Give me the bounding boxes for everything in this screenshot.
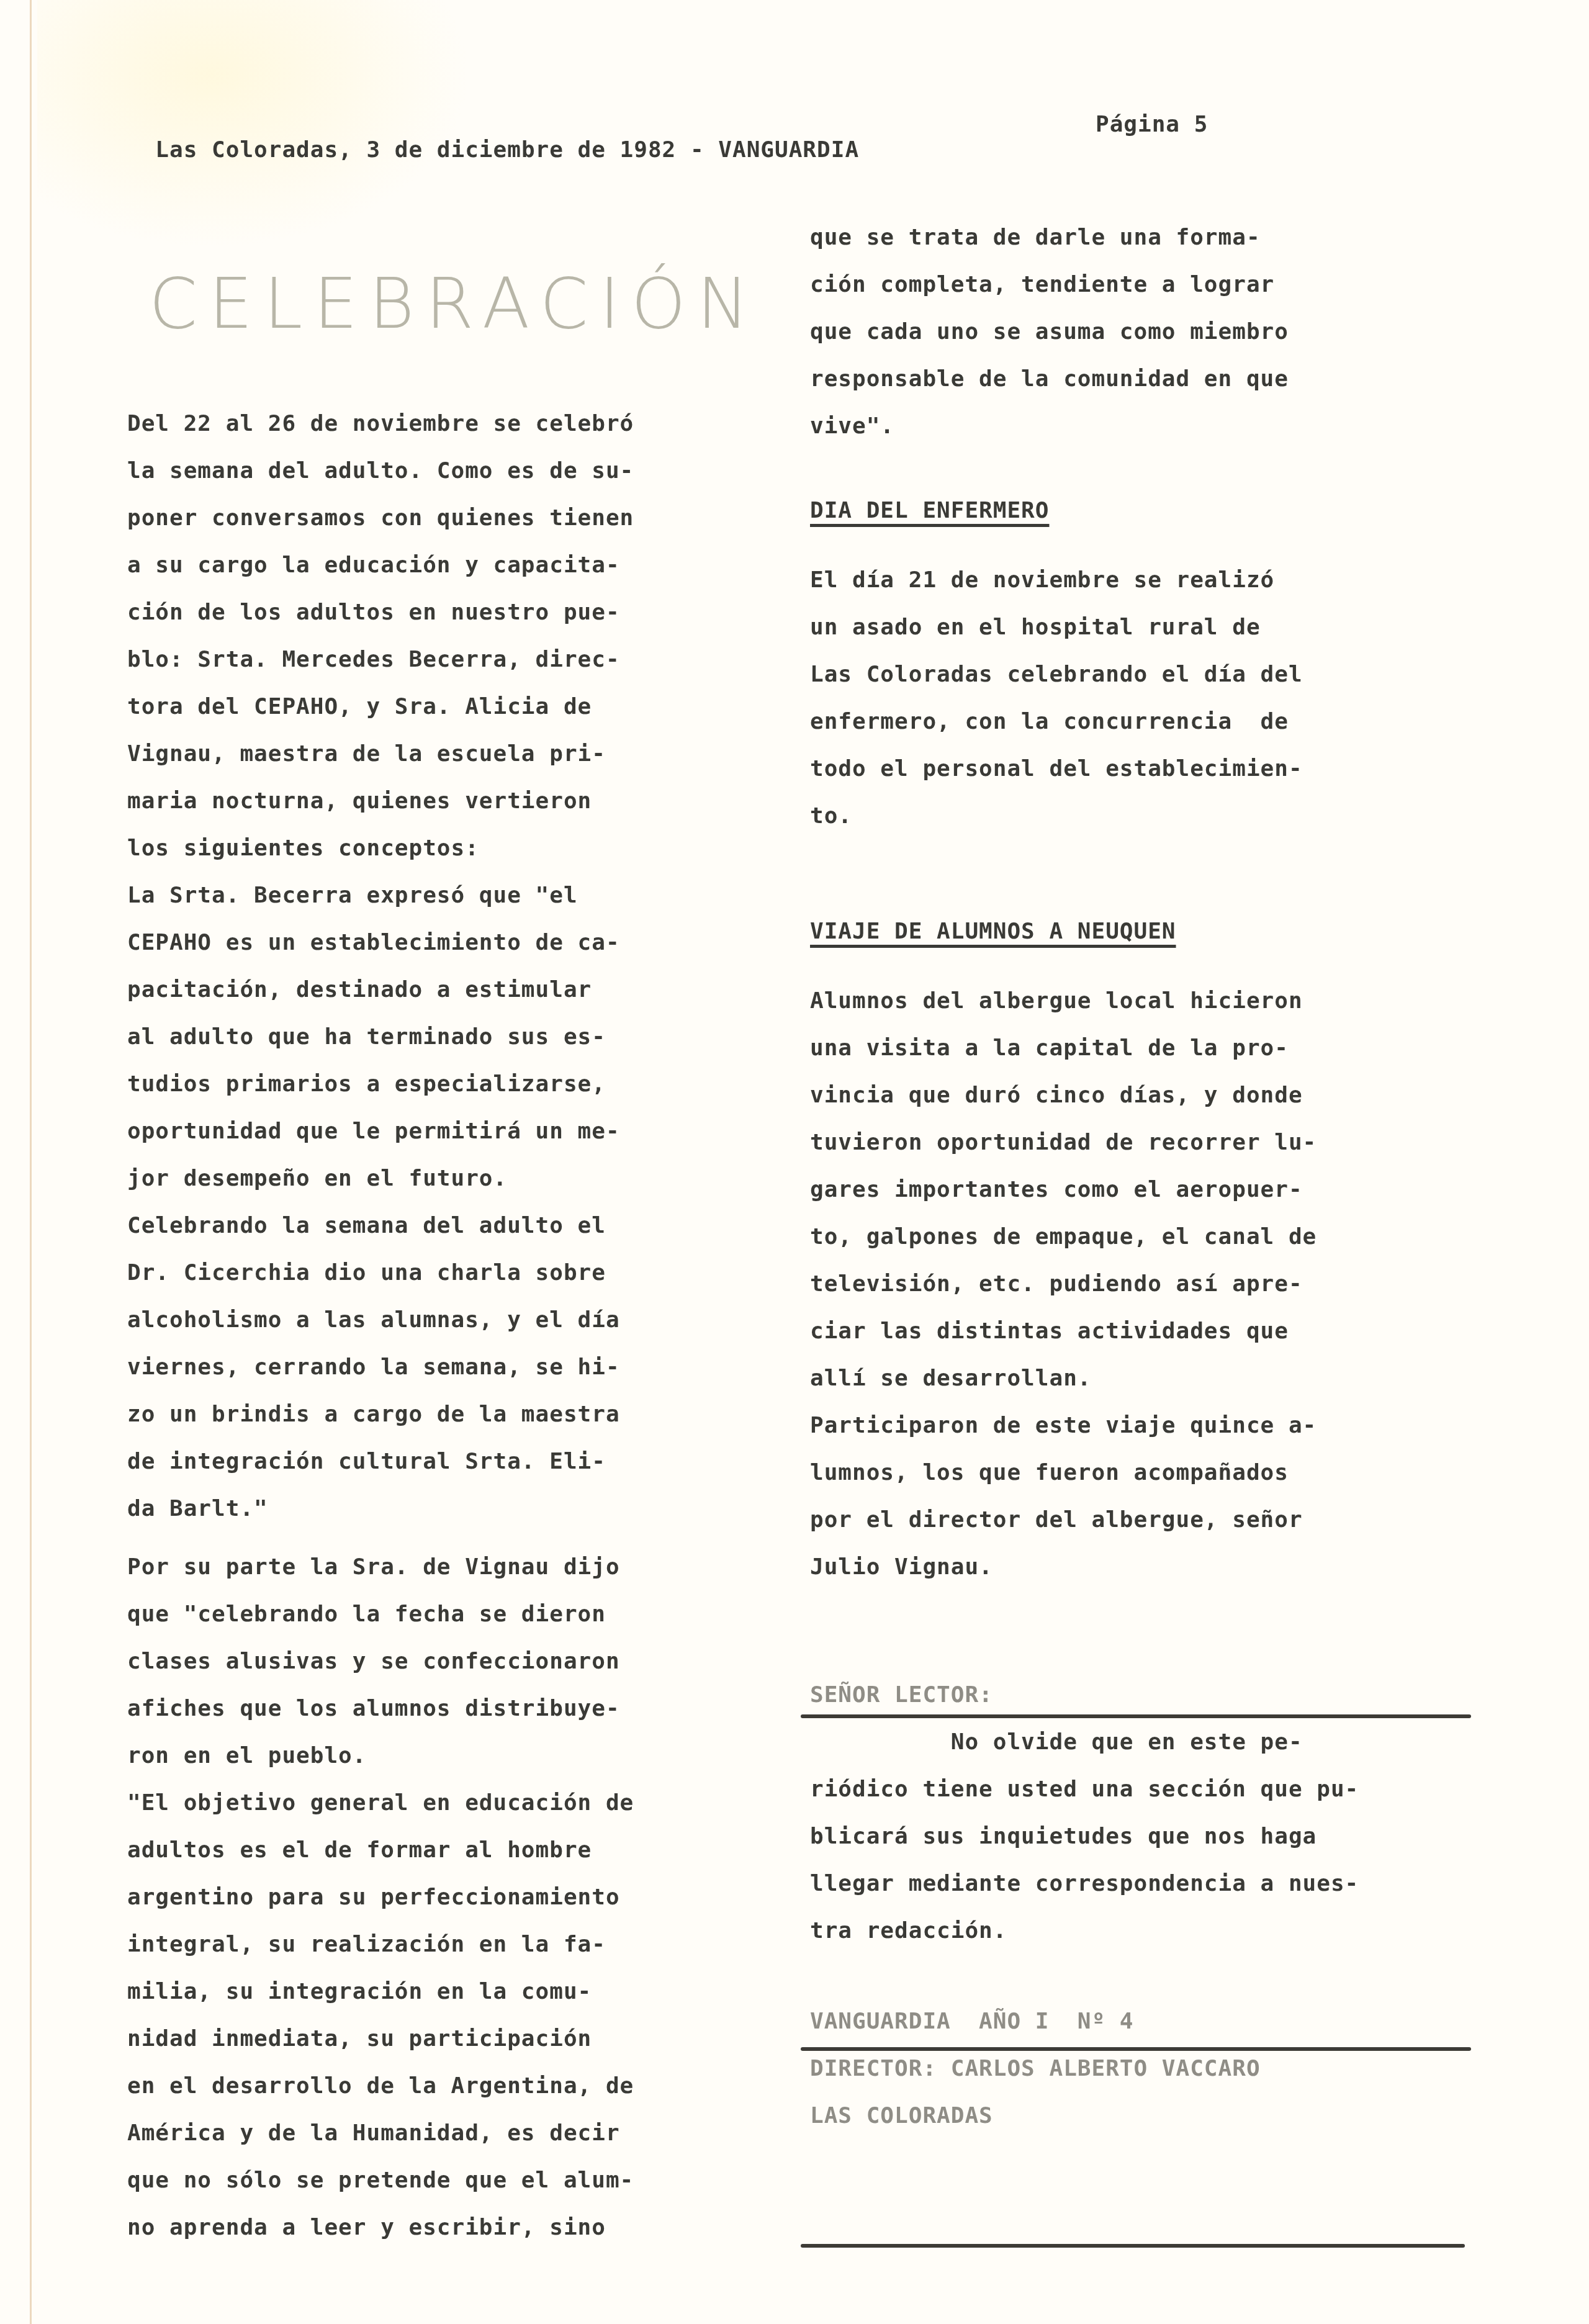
text-line: al adulto que ha terminado sus es- bbox=[127, 1014, 634, 1061]
divider-rule bbox=[801, 2244, 1465, 2248]
text-line: vincia que duró cinco días, y donde bbox=[810, 1072, 1359, 1119]
text-line: Participaron de este viaje quince a- bbox=[810, 1402, 1359, 1449]
text-line: Alumnos del albergue local hicieron bbox=[810, 978, 1359, 1025]
text-line: lumnos, los que fueron acompañados bbox=[810, 1449, 1359, 1497]
spacer bbox=[810, 534, 1359, 557]
page-number: Página 5 bbox=[1096, 112, 1208, 137]
spacer bbox=[810, 450, 1359, 487]
text-line: por el director del albergue, señor bbox=[810, 1497, 1359, 1544]
text-line: vive". bbox=[810, 403, 1359, 450]
text-line: América y de la Humanidad, es decir bbox=[127, 2110, 634, 2157]
text-line: ción completa, tendiente a lograr bbox=[810, 261, 1359, 309]
text-line: riódico tiene usted una sección que pu- bbox=[810, 1766, 1359, 1813]
text-line: no aprenda a leer y escribir, sino bbox=[127, 2204, 634, 2251]
text-line: to. bbox=[810, 793, 1359, 840]
page-header: Las Coloradas, 3 de diciembre de 1982 - … bbox=[127, 112, 859, 188]
text-line: alcoholismo a las alumnas, y el día bbox=[127, 1297, 634, 1344]
text-line: a su cargo la educación y capacita- bbox=[127, 542, 634, 589]
text-line: zo un brindis a cargo de la maestra bbox=[127, 1391, 634, 1438]
text-line: gares importantes como el aeropuer- bbox=[810, 1166, 1359, 1214]
text-line: de integración cultural Srta. Eli- bbox=[127, 1438, 634, 1485]
notice-heading: SEÑOR LECTOR: bbox=[810, 1672, 1359, 1719]
text-line: llegar mediante correspondencia a nues- bbox=[810, 1860, 1359, 1907]
text-line: tudios primarios a especializarse, bbox=[127, 1061, 634, 1108]
text-line: tora del CEPAHO, y Sra. Alicia de bbox=[127, 683, 634, 731]
masthead-line: VANGUARDIA AÑO I Nº 4 bbox=[810, 1998, 1359, 2045]
text-line: El día 21 de noviembre se realizó bbox=[810, 557, 1359, 604]
text-line: que se trata de darle una forma- bbox=[810, 214, 1359, 261]
text-line: una visita a la capital de la pro- bbox=[810, 1025, 1359, 1072]
left-column: Del 22 al 26 de noviembre se celebróla s… bbox=[127, 400, 634, 2251]
text-line: los siguientes conceptos: bbox=[127, 825, 634, 872]
text-line: tuvieron oportunidad de recorrer lu- bbox=[810, 1119, 1359, 1166]
text-line: milia, su integración en la comu- bbox=[127, 1968, 634, 2015]
text-line: adultos es el de formar al hombre bbox=[127, 1827, 634, 1874]
text-line: poner conversamos con quienes tienen bbox=[127, 495, 634, 542]
text-line: pacitación, destinado a estimular bbox=[127, 966, 634, 1014]
text-line: ciar las distintas actividades que bbox=[810, 1308, 1359, 1355]
dateline: Las Coloradas, 3 de diciembre de 1982 - … bbox=[155, 137, 859, 163]
text-line: integral, su realización en la fa- bbox=[127, 1921, 634, 1968]
text-line: que no sólo se pretende que el alum- bbox=[127, 2157, 634, 2204]
headline-celebracion: CELEBRACIÓN bbox=[149, 264, 760, 345]
section-heading: VIAJE DE ALUMNOS A NEUQUEN bbox=[810, 908, 1359, 955]
text-line: Dr. Cicerchia dio una charla sobre bbox=[127, 1250, 634, 1297]
text-line: todo el personal del establecimien- bbox=[810, 745, 1359, 793]
text-line: Vignau, maestra de la escuela pri- bbox=[127, 731, 634, 778]
text-line: blo: Srta. Mercedes Becerra, direc- bbox=[127, 636, 634, 683]
text-line: CEPAHO es un establecimiento de ca- bbox=[127, 919, 634, 966]
text-line: la semana del adulto. Como es de su- bbox=[127, 448, 634, 495]
text-line: Del 22 al 26 de noviembre se celebró bbox=[127, 400, 634, 448]
text-line: ción de los adultos en nuestro pue- bbox=[127, 589, 634, 636]
divider-rule bbox=[801, 2047, 1471, 2051]
spacer bbox=[127, 1533, 634, 1544]
text-line: oportunidad que le permitirá un me- bbox=[127, 1108, 634, 1155]
text-line: afiches que los alumnos distribuye- bbox=[127, 1685, 634, 1732]
section-heading: DIA DEL ENFERMERO bbox=[810, 487, 1359, 534]
text-line: responsable de la comunidad en que bbox=[810, 356, 1359, 403]
text-line: nidad inmediata, su participación bbox=[127, 2015, 634, 2063]
text-line: ron en el pueblo. bbox=[127, 1732, 634, 1780]
text-line: argentino para su perfeccionamiento bbox=[127, 1874, 634, 1921]
text-line: da Barlt." bbox=[127, 1485, 634, 1533]
text-line: televisión, etc. pudiendo así apre- bbox=[810, 1261, 1359, 1308]
text-line: tra redacción. bbox=[810, 1907, 1359, 1955]
text-line: clases alusivas y se confeccionaron bbox=[127, 1638, 634, 1685]
text-line: viernes, cerrando la semana, se hi- bbox=[127, 1344, 634, 1391]
right-column: que se trata de darle una forma-ción com… bbox=[810, 214, 1359, 2140]
masthead-line: LAS COLORADAS bbox=[810, 2092, 1359, 2140]
text-line: jor desempeño en el futuro. bbox=[127, 1155, 634, 1202]
spacer bbox=[810, 1955, 1359, 1998]
divider-rule bbox=[801, 1714, 1471, 1718]
text-line: maria nocturna, quienes vertieron bbox=[127, 778, 634, 825]
text-line: que "celebrando la fecha se dieron bbox=[127, 1591, 634, 1638]
text-line: Las Coloradas celebrando el día del bbox=[810, 651, 1359, 698]
text-line: La Srta. Becerra expresó que "el bbox=[127, 872, 634, 919]
text-line: blicará sus inquietudes que nos haga bbox=[810, 1813, 1359, 1860]
text-line: "El objetivo general en educación de bbox=[127, 1780, 634, 1827]
text-line: Por su parte la Sra. de Vignau dijo bbox=[127, 1544, 634, 1591]
text-line: to, galpones de empaque, el canal de bbox=[810, 1214, 1359, 1261]
text-line: No olvide que en este pe- bbox=[810, 1719, 1359, 1766]
text-line: que cada uno se asuma como miembro bbox=[810, 309, 1359, 356]
text-line: Celebrando la semana del adulto el bbox=[127, 1202, 634, 1250]
spacer bbox=[810, 840, 1359, 908]
spacer bbox=[810, 1591, 1359, 1672]
paper-fold-crease bbox=[30, 0, 32, 2324]
text-line: un asado en el hospital rural de bbox=[810, 604, 1359, 651]
masthead-line: DIRECTOR: CARLOS ALBERTO VACCARO bbox=[810, 2045, 1359, 2092]
text-line: Julio Vignau. bbox=[810, 1544, 1359, 1591]
spacer bbox=[810, 955, 1359, 978]
text-line: allí se desarrollan. bbox=[810, 1355, 1359, 1402]
text-line: enfermero, con la concurrencia de bbox=[810, 698, 1359, 745]
text-line: en el desarrollo de la Argentina, de bbox=[127, 2063, 634, 2110]
